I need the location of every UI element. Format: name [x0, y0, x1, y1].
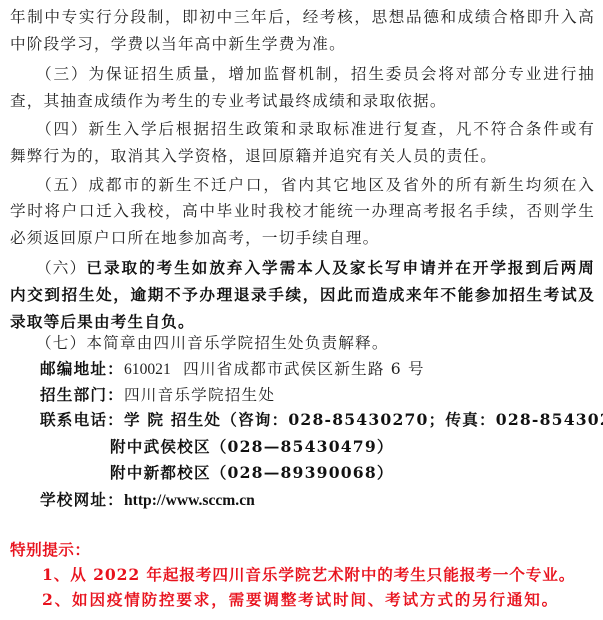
paragraph-5-line-2: 学时将户口迁入我校，高中毕业时我校才能统一办理高考报名手续，否则学生	[10, 201, 595, 221]
website-link[interactable]: http://www.sccm.cn	[124, 492, 255, 509]
paragraph-2-line-2: 中阶段学习，学费以当年高中新生学费为准。	[10, 34, 595, 54]
paragraph-5-line-1: （五）成都市的新生不迁户口，省内其它地区及省外的所有新生均须在入	[36, 175, 603, 195]
phone-label: 联系电话：	[40, 410, 124, 429]
special-notice-item-2: 2、如因疫情防控要求，需要调整考试时间、考试方式的另行通知。	[42, 590, 603, 610]
paragraph-5-line-3: 必须返回原户口所在地参加高考，一切手续自理。	[10, 228, 595, 248]
paragraph-6-line-2: 内交到招生处，逾期不予办理退录手续，因此而造成来年不能参加招生考试及	[10, 285, 595, 305]
paragraph-6-emphasis: 已录取的考生如放弃入学需本人及家长写申请并在开学报到后两周	[86, 258, 595, 278]
paragraph-3-line-1: （三）为保证招生质量，增加监督机制，招生委员会将对部分专业进行抽	[36, 64, 603, 84]
postal-address-row: 邮编地址：610021 四川省成都市武侯区新生路 6 号	[40, 359, 603, 380]
paragraph-2-line-1: 年制中专实行分段制，即初中三年后，经考核，思想品德和成绩合格即升入高	[10, 7, 595, 27]
postal-code: 610021	[124, 361, 171, 378]
phone-main-value: 学 院 招生处（咨询：028-85430270；传真：028-85430284）	[124, 410, 603, 429]
special-notice-item-1: 1、从 2022 年起报考四川音乐学院艺术附中的考生只能报考一个专业。	[42, 565, 603, 585]
paragraph-6-line-1: （六） 已录取的考生如放弃入学需本人及家长写申请并在开学报到后两周	[36, 258, 603, 278]
postal-address-value: 四川省成都市武侯区新生路 6 号	[183, 360, 425, 378]
phone-row-wuhou: 附中武侯校区（028—85430479）	[110, 437, 603, 457]
paragraph-6-line-3: 录取等后果由考生自负。	[10, 312, 595, 332]
paragraph-4-line-2: 舞弊行为的，取消其入学资格，退回原籍并追究有关人员的责任。	[10, 146, 595, 166]
website-label: 学校网址：	[40, 490, 124, 509]
special-notice-title: 特别提示：	[10, 540, 595, 560]
paragraph-7-line-1: （七）本简章由四川音乐学院招生处负责解释。	[36, 333, 603, 353]
admissions-dept-value: 四川音乐学院招生处	[124, 386, 275, 404]
admissions-dept-label: 招生部门：	[40, 385, 124, 404]
paragraph-6-prefix: （六）	[36, 258, 86, 278]
postal-address-label: 邮编地址：	[40, 359, 124, 378]
phone-row-main: 联系电话：学 院 招生处（咨询：028-85430270；传真：028-8543…	[40, 410, 603, 430]
paragraph-4-line-1: （四）新生入学后根据招生政策和录取标准进行复查，凡不符合条件或有	[36, 119, 603, 139]
website-row: 学校网址：http://www.sccm.cn	[40, 490, 603, 511]
paragraph-3-line-2: 查，其抽查成绩作为考生的专业考试最终成绩和录取依据。	[10, 91, 595, 111]
admissions-dept-row: 招生部门：四川音乐学院招生处	[40, 385, 603, 405]
phone-row-xindu: 附中新都校区（028—89390068）	[110, 463, 603, 483]
